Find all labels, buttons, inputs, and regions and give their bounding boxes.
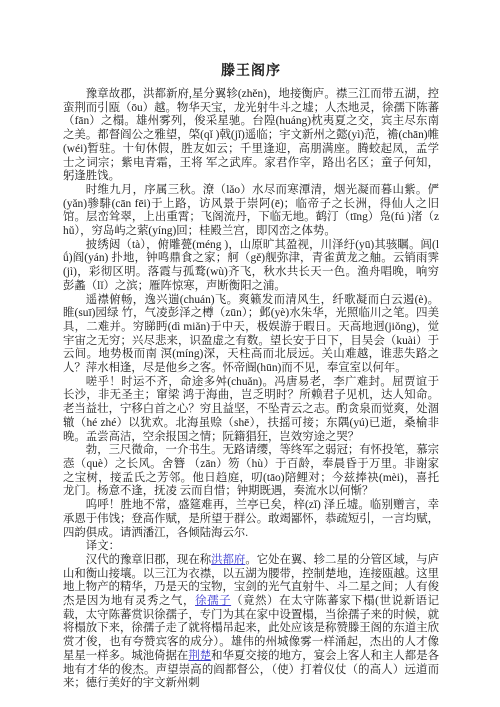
paragraph-original-3: 披绣闼（tà），俯雕甍(méng )，山原旷其盈视，川泽纡(yū)其骇瞩。闾(l… xyxy=(63,239,439,294)
text-run: 汉代的豫章旧郡，现在称 xyxy=(86,554,211,566)
text-run: 遥襟俯畅，逸兴遄(chuán)飞。爽籁发而清风生，纤歌凝而白云遏(è)。睢(su… xyxy=(63,294,439,375)
paragraph-translation-label: 译文： xyxy=(63,540,439,554)
paragraph-original-1: 豫章故郡，洪都新府,星分翼轸(zhěn)，地接衡庐。襟三江而带五湖，控蛮荆而引瓯… xyxy=(63,88,439,184)
document-page: 滕王阁序 豫章故郡，洪都新府,星分翼轸(zhěn)，地接衡庐。襟三江而带五湖，控… xyxy=(0,0,500,707)
text-run: 嗟乎！时运不齐，命途多舛(chuǎn)。冯唐易老，李广难封。屈贾谊于长沙，非无圣… xyxy=(63,376,439,443)
text-run: 时维九月，序属三秋。潦（lǎo）水尽而寒潭清，烟光凝而暮山紫。俨(yǎn)骖騑(… xyxy=(63,184,439,237)
text-run: 译文： xyxy=(86,540,120,552)
text-run: 豫章故郡，洪都新府,星分翼轸(zhěn)，地接衡庐。襟三江而带五湖，控蛮荆而引瓯… xyxy=(63,88,439,182)
inline-link[interactable]: 荆楚 xyxy=(188,650,211,662)
inline-link[interactable]: 徐孺子 xyxy=(195,595,231,607)
text-run: 勃，三尺微命，一介书生。无路请缨，等终军之弱冠；有怀投笔，慕宗悫（què）之长风… xyxy=(63,444,439,497)
paragraph-original-2: 时维九月，序属三秋。潦（lǎo）水尽而寒潭清，烟光凝而暮山紫。俨(yǎn)骖騑(… xyxy=(63,184,439,239)
paragraph-original-7: 呜呼！胜地不常，盛筵难再，兰亭已矣，梓(zǐ) 泽丘墟。临别赠言，幸承恩于伟饯；… xyxy=(63,499,439,540)
document-title: 滕王阁序 xyxy=(63,60,439,80)
paragraph-translation-body: 汉代的豫章旧郡，现在称洪都府。它处在翼、轸二星的分管区域，与庐山和衡山接壤。以三… xyxy=(63,554,439,691)
inline-link[interactable]: 洪都府 xyxy=(211,554,245,566)
text-run: 呜呼！胜地不常，盛筵难再，兰亭已矣，梓(zǐ) 泽丘墟。临别赠言，幸承恩于伟饯；… xyxy=(63,499,439,538)
paragraph-original-5: 嗟乎！时运不齐，命途多舛(chuǎn)。冯唐易老，李广难封。屈贾谊于长沙，非无圣… xyxy=(63,376,439,445)
paragraph-original-4: 遥襟俯畅，逸兴遄(chuán)飞。爽籁发而清风生，纤歌凝而白云遏(è)。睢(su… xyxy=(63,294,439,376)
document-body: 豫章故郡，洪都新府,星分翼轸(zhěn)，地接衡庐。襟三江而带五湖，控蛮荆而引瓯… xyxy=(63,88,439,691)
text-run: 披绣闼（tà），俯雕甍(méng )，山原旷其盈视，川泽纡(yū)其骇瞩。闾(l… xyxy=(63,239,439,292)
paragraph-original-6: 勃，三尺微命，一介书生。无路请缨，等终军之弱冠；有怀投笔，慕宗悫（què）之长风… xyxy=(63,444,439,499)
